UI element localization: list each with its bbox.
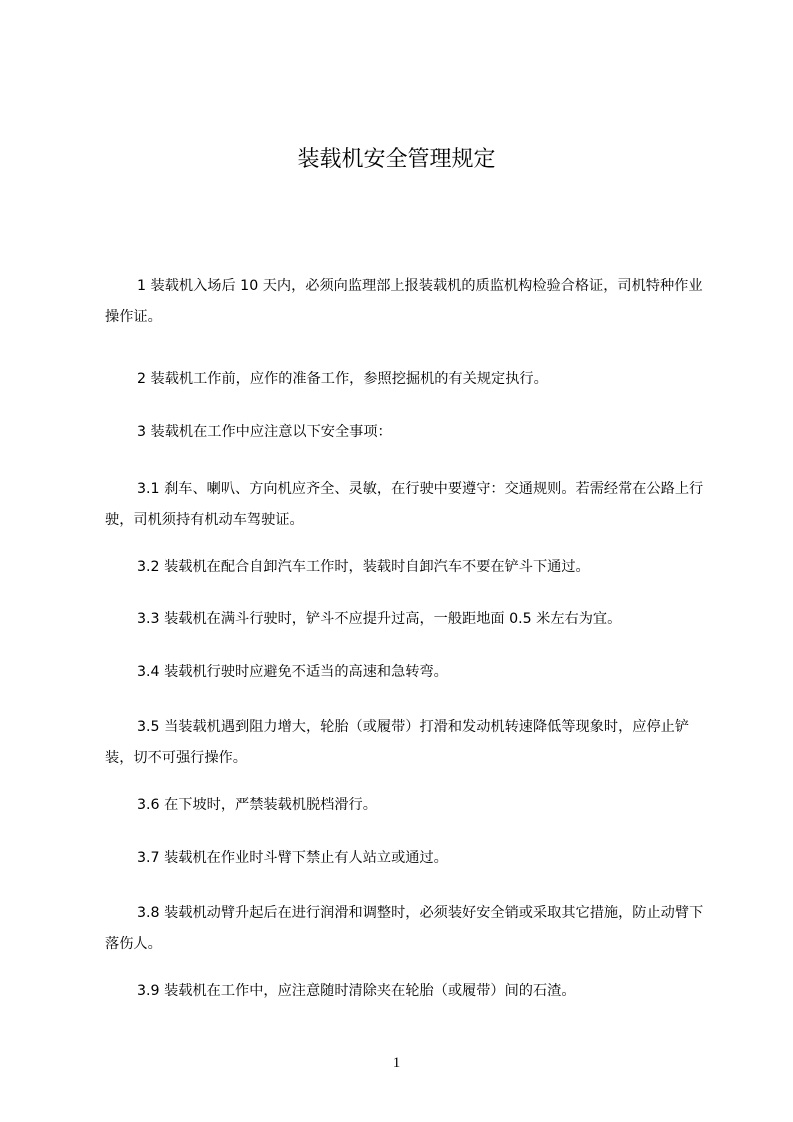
paragraph-3-7: 3.7 装载机在作业时斗臂下禁止有人站立或通过。 xyxy=(105,843,705,874)
document-title: 装载机安全管理规定 xyxy=(0,142,793,173)
page-number: 1 xyxy=(0,1055,793,1072)
paragraph-3-4: 3.4 装载机行驶时应避免不适当的高速和急转弯。 xyxy=(105,657,705,688)
paragraph-1: 1 装载机入场后 10 天内，必须向监理部上报装载机的质监机构检验合格证，司机特… xyxy=(105,271,705,333)
paragraph-3-2: 3.2 装载机在配合自卸汽车工作时，装载时自卸汽车不要在铲斗下通过。 xyxy=(105,552,705,583)
paragraph-3-6: 3.6 在下坡时，严禁装载机脱档滑行。 xyxy=(105,790,705,821)
paragraph-3-3: 3.3 装载机在满斗行驶时，铲斗不应提升过高，一般距地面 0.5 米左右为宜。 xyxy=(105,604,705,635)
paragraph-3: 3 装载机在工作中应注意以下安全事项： xyxy=(105,417,705,448)
paragraph-3-5: 3.5 当装载机遇到阻力增大，轮胎（或履带）打滑和发动机转速降低等现象时，应停止… xyxy=(105,712,705,774)
paragraph-3-1: 3.1 刹车、喇叭、方向机应齐全、灵敏，在行驶中要遵守：交通规则。若需经常在公路… xyxy=(105,474,705,536)
paragraph-3-8: 3.8 装载机动臂升起后在进行润滑和调整时，必须装好安全销或采取其它措施，防止动… xyxy=(105,898,705,960)
paragraph-3-9: 3.9 装载机在工作中，应注意随时清除夹在轮胎（或履带）间的石渣。 xyxy=(105,976,705,1007)
paragraph-2: 2 装载机工作前，应作的准备工作，参照挖掘机的有关规定执行。 xyxy=(105,364,705,395)
